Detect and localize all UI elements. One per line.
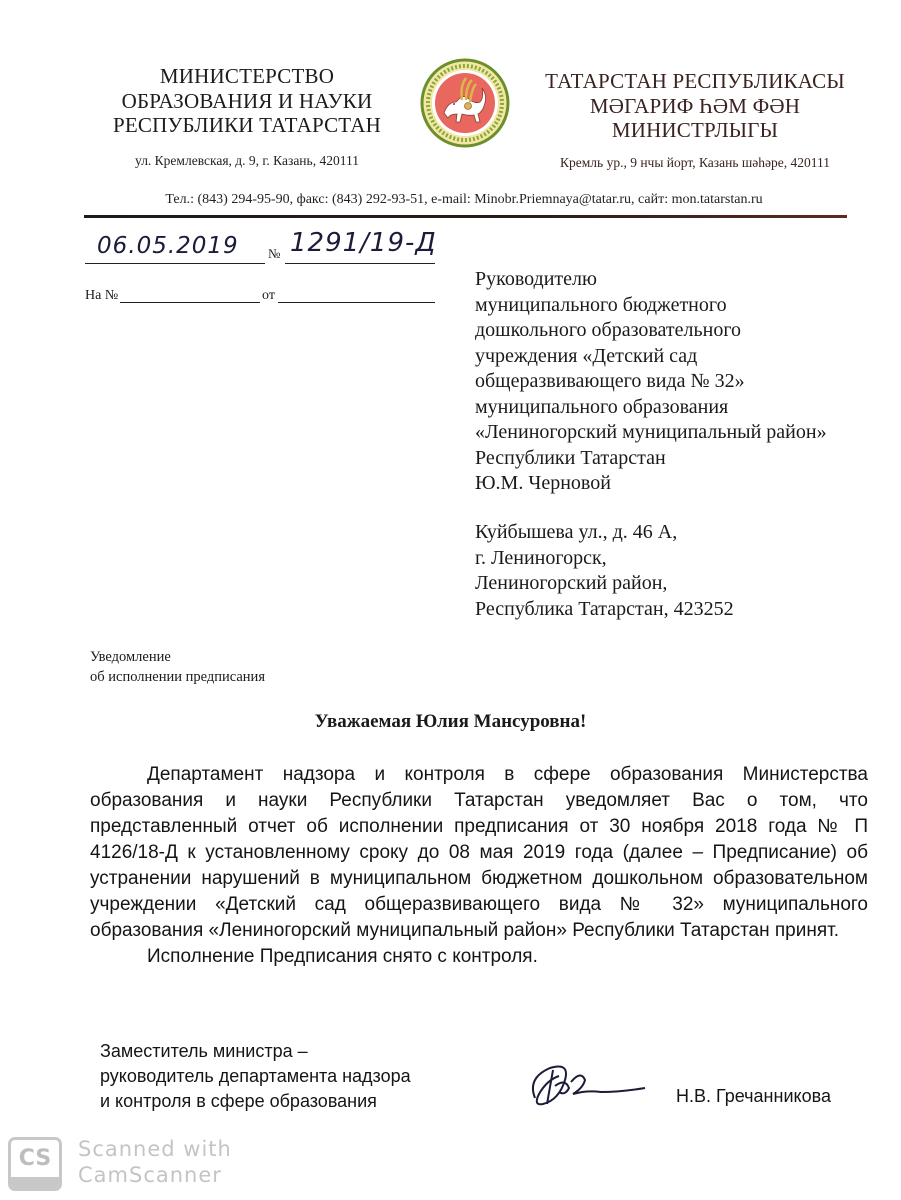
letter-body: Департамент надзора и контроля в сфере о… (90, 762, 868, 970)
reply-to-field (120, 302, 260, 303)
body-paragraph: Исполнение Предписания снято с контроля. (90, 944, 868, 970)
ministry-title-line: ТАТАРСТАН РЕСПУБЛИКАСЫ (520, 69, 870, 94)
subject-line: Уведомление (90, 647, 350, 667)
camscanner-logo-bar (11, 1177, 59, 1188)
ministry-title-line: МИНИСТРЛЫГЫ (520, 118, 870, 143)
ministry-title-line: ОБРАЗОВАНИЯ И НАУКИ (82, 89, 412, 114)
addressee-line: дошкольного образовательного (475, 318, 885, 344)
number-sign: № (268, 246, 280, 262)
address-line: г. Лениногорск, (475, 546, 835, 572)
salutation: Уважаемая Юлия Мансуровна! (0, 711, 901, 733)
address-line: Куйбышева ул., д. 46 А, (475, 520, 835, 546)
letter-subject: Уведомление об исполнении предписания (90, 647, 350, 687)
signer-position-line: Заместитель министра – (100, 1039, 460, 1064)
addressee-line: муниципального образования (475, 395, 885, 421)
addressee-line: Республики Татарстан (475, 446, 885, 472)
from-label: от (262, 288, 275, 304)
addressee-block: Руководителю муниципального бюджетного д… (475, 267, 885, 497)
camscanner-logo-icon: CS (8, 1137, 62, 1191)
addressee-line: общеразвивающего вида № 32» (475, 369, 885, 395)
registration-date: 06.05.2019 (97, 233, 239, 259)
addressee-line: Ю.М. Черновой (475, 471, 885, 497)
signer-position-line: и контроля в сфере образования (100, 1089, 460, 1114)
ministry-title-russian: МИНИСТЕРСТВО ОБРАЗОВАНИЯ И НАУКИ РЕСПУБЛ… (82, 64, 412, 138)
ministry-title-line: РЕСПУБЛИКИ ТАТАРСТАН (82, 113, 412, 138)
watermark-line: Scanned with (78, 1136, 232, 1162)
address-line: Лениногорский район, (475, 571, 835, 597)
subject-line: об исполнении предписания (90, 667, 350, 687)
number-underline (285, 263, 435, 264)
date-underline (85, 263, 265, 264)
ministry-address-tatar: Кремль ур., 9 нчы йорт, Казань шәһәре, 4… (520, 155, 870, 171)
signer-position-line: руководитель департамента надзора (100, 1064, 460, 1089)
addressee-postal-address: Куйбышева ул., д. 46 А, г. Лениногорск, … (475, 520, 835, 622)
registration-number: 1291/19-Д (290, 228, 437, 258)
body-paragraph: Департамент надзора и контроля в сфере о… (90, 762, 868, 944)
addressee-line: учреждения «Детский сад (475, 344, 885, 370)
ministry-title-tatar: ТАТАРСТАН РЕСПУБЛИКАСЫ МӘГАРИФ ҺӘМ ФӘН М… (520, 69, 870, 143)
contact-line: Тел.: (843) 294-95-90, факс: (843) 292-9… (84, 192, 844, 208)
signer-name: Н.В. Гречанникова (676, 1086, 831, 1107)
letterhead-divider (84, 215, 847, 218)
reply-to-label: На № (85, 288, 118, 304)
camscanner-watermark: Scanned with CamScanner (78, 1136, 232, 1188)
signer-position: Заместитель министра – руководитель депа… (100, 1039, 460, 1114)
ministry-title-line: МӘГАРИФ ҺӘМ ФӘН (520, 94, 870, 119)
ministry-address-russian: ул. Кремлевская, д. 9, г. Казань, 420111 (82, 153, 412, 169)
tatarstan-coat-of-arms-icon (420, 58, 510, 148)
watermark-line: CamScanner (78, 1162, 232, 1188)
addressee-line: муниципального бюджетного (475, 293, 885, 319)
ministry-title-line: МИНИСТЕРСТВО (82, 64, 412, 89)
camscanner-logo-text: CS (11, 1146, 59, 1171)
addressee-line: «Лениногорский муниципальный район» (475, 420, 885, 446)
address-line: Республика Татарстан, 423252 (475, 597, 835, 623)
handwritten-signature-icon (525, 1058, 655, 1113)
from-field (278, 302, 435, 303)
addressee-line: Руководителю (475, 267, 885, 293)
